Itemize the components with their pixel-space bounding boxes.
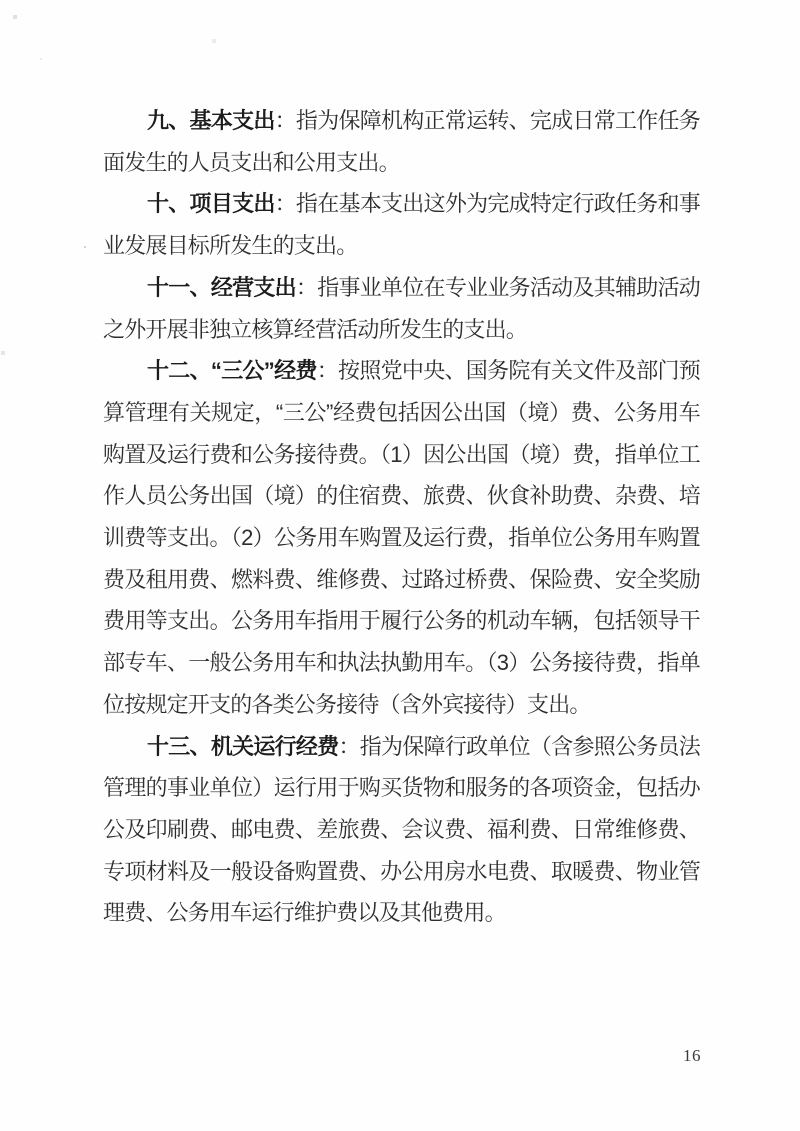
- document-body: 九、基本支出：指为保障机构正常运转、完成日常工作任务面发生的人员支出和公用支出。…: [103, 100, 700, 934]
- document-page: 九、基本支出：指为保障机构正常运转、完成日常工作任务面发生的人员支出和公用支出。…: [0, 0, 800, 1131]
- paragraph-text: 指为保障行政单位（含参照公务员法管理的事业单位）运行用于购买货物和服务的各项资金…: [103, 734, 700, 926]
- paragraph-three-public-funds: 十二、“三公”经费：按照党中央、国务院有关文件及部门预算管理有关规定，“三公”经…: [103, 350, 700, 725]
- scan-noise: [0, 0, 2, 2]
- paragraph-heading: 十一、经营支出: [147, 275, 296, 300]
- paragraph-agency-operating-funds: 十三、机关运行经费：指为保障行政单位（含参照公务员法管理的事业单位）运行用于购买…: [103, 726, 700, 935]
- paragraph-text: 按照党中央、国务院有关文件及部门预算管理有关规定，“三公”经费包括因公出国（境）…: [103, 358, 700, 717]
- paragraph-heading: 十、项目支出: [147, 191, 275, 216]
- paragraph-colon: ：: [275, 191, 296, 216]
- paragraph-project-expenditure: 十、项目支出：指在基本支出这外为完成特定行政任务和事业发展目标所发生的支出。: [103, 183, 700, 266]
- page-number: 16: [683, 1046, 701, 1066]
- paragraph-colon: ：: [275, 108, 296, 133]
- paragraph-colon: ：: [296, 275, 317, 300]
- paragraph-heading: 十三、机关运行经费: [147, 734, 338, 759]
- paragraph-heading: 九、基本支出: [147, 108, 275, 133]
- paragraph-operating-expenditure: 十一、经营支出：指事业单位在专业业务活动及其辅助活动之外开展非独立核算经营活动所…: [103, 267, 700, 350]
- paragraph-colon: ：: [317, 358, 338, 383]
- paragraph-colon: ：: [338, 734, 359, 759]
- paragraph-basic-expenditure: 九、基本支出：指为保障机构正常运转、完成日常工作任务面发生的人员支出和公用支出。: [103, 100, 700, 183]
- paragraph-heading: 十二、“三公”经费: [147, 358, 317, 383]
